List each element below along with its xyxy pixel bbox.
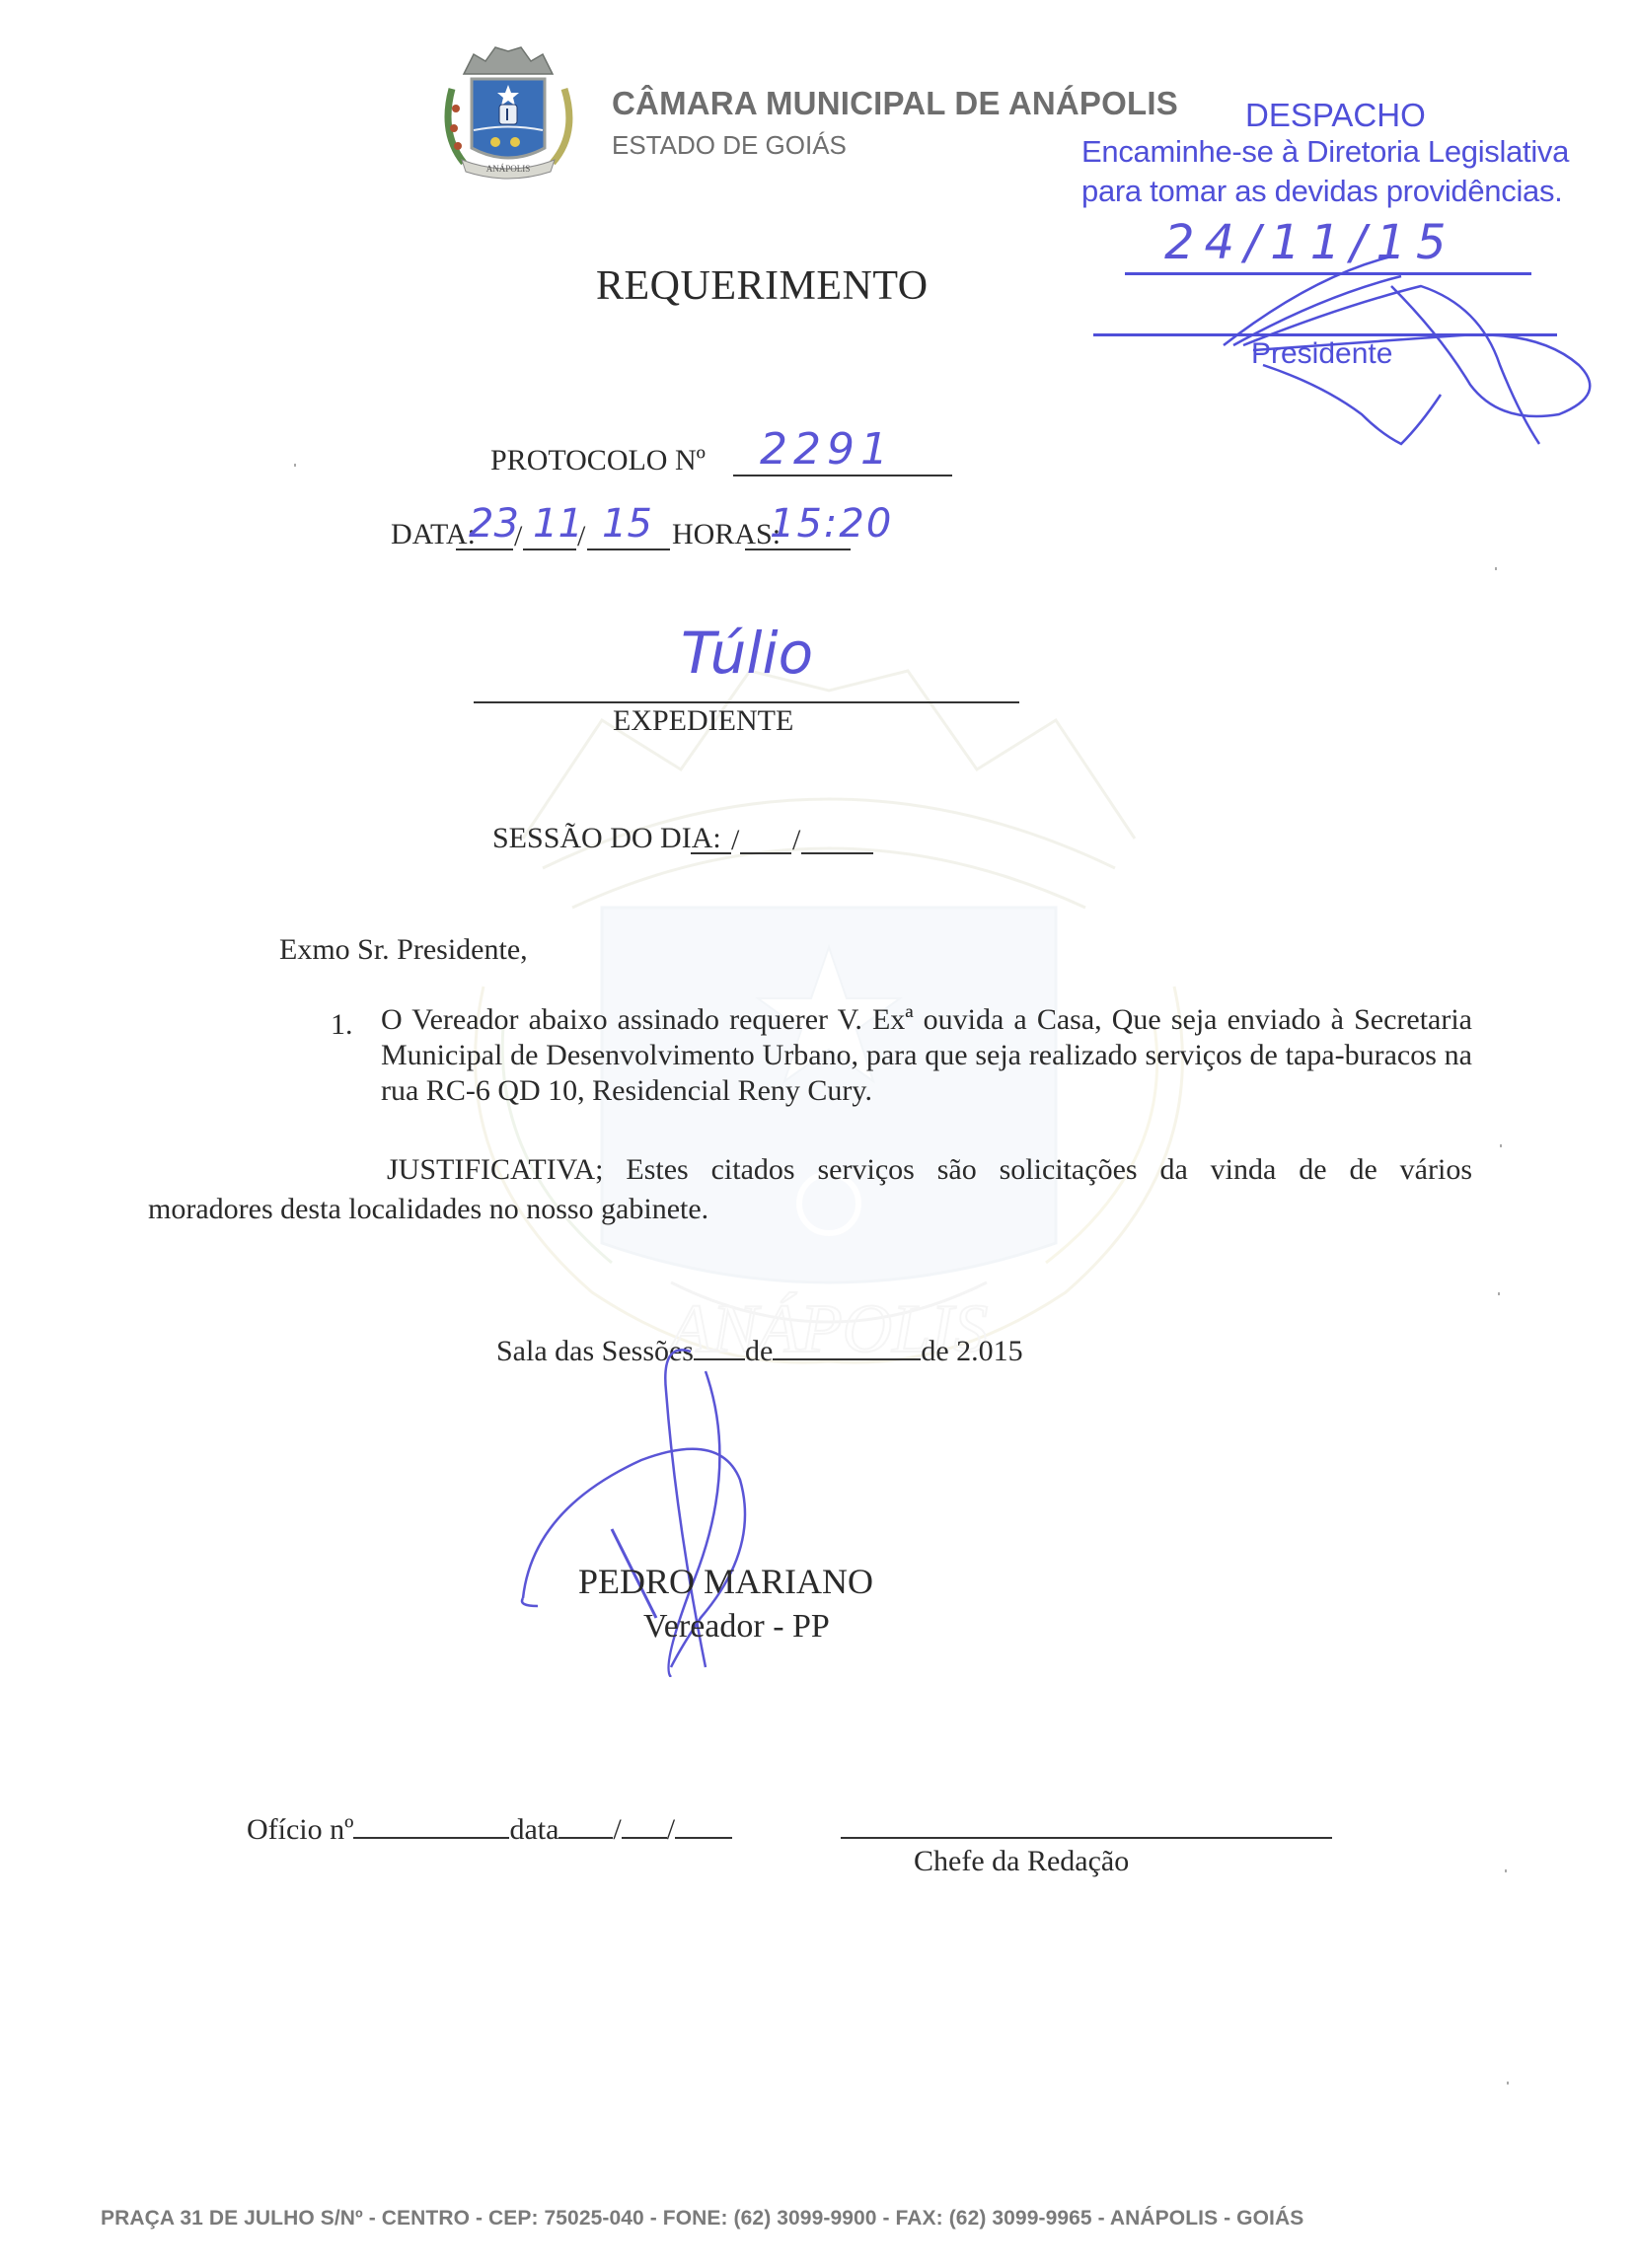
session-day-field[interactable] <box>691 852 731 854</box>
protocol-label: PROTOCOLO Nº <box>490 444 706 477</box>
oficio-month-field[interactable] <box>622 1836 667 1839</box>
scan-speck <box>1505 1869 1507 1872</box>
protocol-value: 2291 <box>760 424 894 475</box>
date-label: DATA: <box>391 518 476 551</box>
oficio-number-field[interactable] <box>353 1836 509 1839</box>
stamp-instruction-line1: Encaminhe-se à Diretoria Legislativa <box>1081 134 1569 170</box>
logo-motto: ANÁPOLIS <box>486 164 531 174</box>
justification-line1: JUSTIFICATIVA; Estes citados serviços sã… <box>148 1150 1472 1190</box>
session-month-field[interactable] <box>740 852 791 854</box>
oficio-year-field[interactable] <box>675 1836 732 1839</box>
oficio-separator: / <box>667 1813 675 1846</box>
scan-speck <box>1507 2082 1509 2085</box>
hours-field[interactable] <box>745 549 851 550</box>
document-title: REQUERIMENTO <box>596 262 929 310</box>
chief-label: Chefe da Redação <box>914 1845 1129 1878</box>
org-state: ESTADO DE GOIÁS <box>612 130 847 161</box>
signer-name: PEDRO MARIANO <box>578 1561 873 1602</box>
justification-line2: moradores desta localidades no nosso gab… <box>148 1193 708 1225</box>
oficio-row: Ofício nºdata// <box>247 1813 732 1847</box>
item-number: 1. <box>331 1008 353 1042</box>
date-day-value: 23 <box>469 501 519 547</box>
expediente-signature-line[interactable] <box>474 701 1019 703</box>
oficio-date-label: data <box>509 1813 558 1846</box>
signer-role: Vereador - PP <box>643 1608 830 1646</box>
date-month-value: 11 <box>533 501 583 547</box>
footer-address: PRAÇA 31 DE JULHO S/Nº - CENTRO - CEP: 7… <box>101 2207 1303 2231</box>
session-date-label: SESSÃO DO DIA: <box>492 822 721 855</box>
date-month-field[interactable] <box>523 549 576 550</box>
protocol-field[interactable] <box>733 475 952 476</box>
request-paragraph: O Vereador abaixo assinado requerer V. E… <box>381 1002 1472 1109</box>
session-separator: / <box>731 824 739 857</box>
date-year-value: 15 <box>602 501 652 547</box>
hours-value: 15:20 <box>770 501 893 547</box>
scan-speck <box>294 464 296 467</box>
session-year-field[interactable] <box>801 852 873 854</box>
scan-speck <box>1498 1292 1500 1295</box>
hours-label: HORAS: <box>672 518 781 551</box>
org-name: CÂMARA MUNICIPAL DE ANÁPOLIS <box>612 85 1178 122</box>
expediente-label: EXPEDIENTE <box>613 704 793 738</box>
date-year-field[interactable] <box>587 549 670 550</box>
justification-paragraph: JUSTIFICATIVA; Estes citados serviços sã… <box>148 1150 1472 1229</box>
expediente-signature: Túlio <box>681 620 813 687</box>
scan-speck <box>1500 1144 1502 1147</box>
oficio-label: Ofício nº <box>247 1813 353 1846</box>
stamp-title: DESPACHO <box>1245 97 1426 134</box>
chief-signature-line[interactable] <box>841 1837 1332 1839</box>
date-day-field[interactable] <box>456 549 513 550</box>
coat-of-arms-logo-icon: ANÁPOLIS <box>434 39 582 187</box>
oficio-separator: / <box>613 1813 621 1846</box>
scan-speck <box>1495 567 1497 570</box>
president-signature-icon <box>1066 217 1618 454</box>
stamp-instruction-line2: para tomar as devidas providências. <box>1081 174 1562 209</box>
salutation: Exmo Sr. Presidente, <box>279 933 528 967</box>
session-separator: / <box>792 824 800 857</box>
closing-suffix: de 2.015 <box>921 1335 1022 1367</box>
oficio-day-field[interactable] <box>558 1836 613 1839</box>
